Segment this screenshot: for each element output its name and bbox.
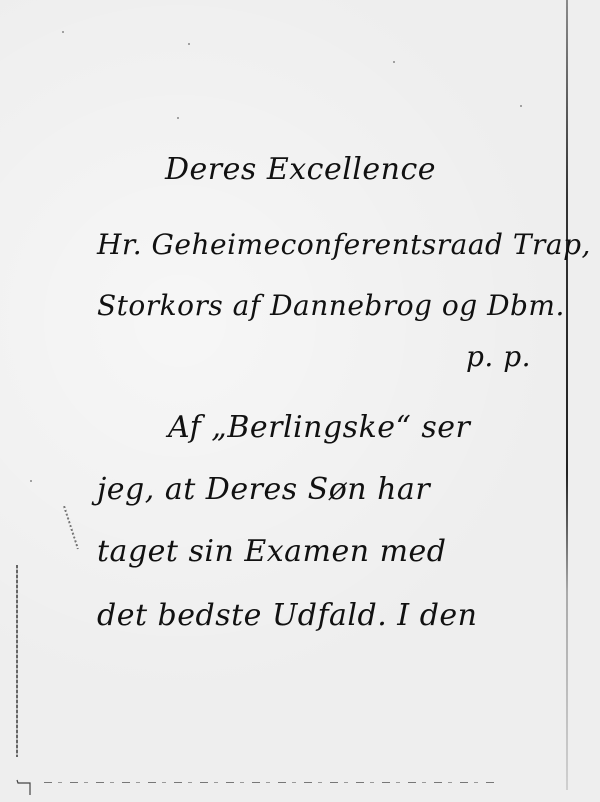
body-line-3: taget sin Examen med (97, 534, 447, 569)
address-line-3: p. p. (466, 340, 531, 373)
address-line-2: Storkors af Dannebrog og Dbm. (97, 289, 565, 322)
body-line-2: jeg, at Deres Søn har (97, 472, 430, 507)
paper-speck (62, 31, 64, 33)
paper-speck (30, 480, 32, 482)
page-border-right (566, 0, 568, 790)
faint-pencil-mark (63, 506, 79, 549)
salutation: Deres Excellence (165, 152, 436, 187)
corner-mark-icon (16, 778, 40, 796)
paper-speck (177, 117, 179, 119)
paper-speck (520, 105, 522, 107)
letter-page: Deres Excellence Hr. Geheimeconferentsra… (0, 0, 600, 802)
body-line-4: det bedste Udfald. I den (97, 598, 477, 633)
body-line-1: Af „Berlingske“ ser (168, 410, 470, 445)
paper-speck (393, 61, 395, 63)
page-border-bottom (44, 782, 494, 783)
page-border-left (16, 565, 18, 757)
address-line-1: Hr. Geheimeconferentsraad Trap, (97, 228, 591, 261)
paper-speck (188, 43, 190, 45)
